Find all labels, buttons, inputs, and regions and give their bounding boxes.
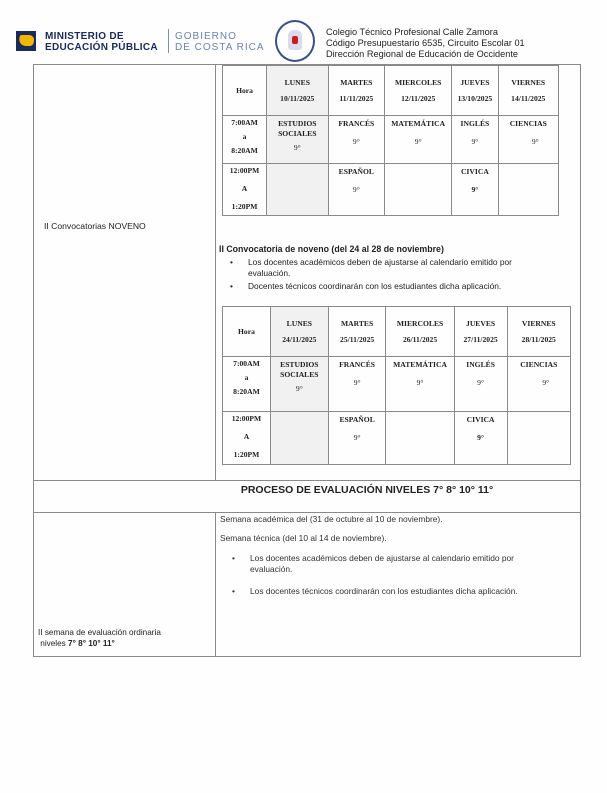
- label-line2: niveles 7° 8° 10° 11°: [38, 638, 161, 649]
- day-name: MIERCOLES: [397, 319, 443, 328]
- bullet-text-cont: evaluación.: [250, 564, 577, 575]
- label-line1: II semana de evaluación ordinaria: [38, 627, 161, 638]
- bullet-item: •Docentes técnicos coordinarán con los e…: [220, 281, 565, 292]
- subject-name: MATEMÁTICA: [386, 357, 453, 370]
- subject-cell: FRANCÉS9°: [328, 116, 385, 164]
- subject-cell: [385, 164, 452, 216]
- table-row: 12:00PMA1:20PMESPAÑOL9°CIVICA9°: [223, 164, 559, 216]
- government-name: GOBIERNO DE COSTA RICA: [175, 31, 265, 53]
- subject-cell: ESPAÑOL9°: [328, 412, 386, 465]
- subject-name: CIENCIAS: [508, 357, 570, 370]
- label-prefix: niveles: [38, 639, 68, 648]
- day-name: JUEVES: [466, 319, 495, 328]
- subject-name: ESTUDIOS SOCIALES: [271, 357, 328, 380]
- grade-level: 9°: [329, 137, 385, 147]
- section-label-ordinary: II semana de evaluación ordinaria nivele…: [38, 627, 161, 649]
- table-header-row: HoraLUNES24/11/2025MARTES25/11/2025MIERC…: [223, 307, 571, 357]
- time-text: 1:20PM: [223, 450, 270, 460]
- day-name: MARTES: [341, 319, 373, 328]
- subject-cell: INGLÉS9°: [452, 116, 498, 164]
- time-text: a: [223, 132, 266, 142]
- header-cell-lunes: LUNES10/11/2025: [267, 66, 328, 116]
- label-levels: 7° 8° 10° 11°: [68, 639, 115, 648]
- time-text: 12:00PM: [223, 414, 270, 424]
- day-name: Hora: [236, 86, 253, 95]
- day-name: JUEVES: [460, 78, 489, 87]
- header-divider: [168, 29, 169, 53]
- bullet-icon: •: [232, 553, 235, 564]
- subject-cell: CIVICA9°: [454, 412, 507, 465]
- note-bullets: •Los docentes académicos deben de ajusta…: [220, 257, 565, 292]
- subject-cell: CIENCIAS9°: [498, 116, 558, 164]
- table-header-row: HoraLUNES10/11/2025MARTES11/11/2025MIERC…: [223, 66, 559, 116]
- header-cell-hora: Hora: [223, 66, 267, 116]
- header-cell-miercoles: MIERCOLES26/11/2025: [386, 307, 454, 357]
- bullet-icon: •: [232, 586, 235, 597]
- row-divider: [33, 480, 581, 481]
- technical-week-text: Semana técnica (del 10 al 14 de noviembr…: [220, 533, 387, 543]
- bullet-text-cont: evaluación.: [248, 268, 565, 279]
- academic-week-text: Semana académica del (31 de octubre al 1…: [220, 514, 443, 524]
- grade-level: 9°: [455, 378, 507, 388]
- day-date: 25/11/2025: [329, 335, 386, 345]
- grade-level: 9°: [267, 143, 327, 153]
- bullet-text: Los docentes académicos deben de ajustar…: [248, 257, 565, 268]
- bullet-item: •Los docentes académicos deben de ajusta…: [220, 257, 565, 278]
- day-name: LUNES: [287, 319, 312, 328]
- time-text: a: [223, 373, 270, 383]
- day-name: Hora: [238, 327, 255, 336]
- subject-cell: INGLÉS9°: [454, 357, 507, 412]
- bullet-icon: •: [230, 281, 233, 292]
- day-date: 26/11/2025: [386, 335, 453, 345]
- subject-cell: FRANCÉS9°: [328, 357, 386, 412]
- grade-level: 9°: [329, 185, 385, 195]
- bullet-text: Los docentes académicos deben de ajustar…: [250, 553, 577, 564]
- evaluation-bullets: •Los docentes académicos deben de ajusta…: [222, 553, 577, 597]
- schedule-table-2: HoraLUNES24/11/2025MARTES25/11/2025MIERC…: [222, 306, 571, 465]
- time-text: A: [223, 184, 266, 194]
- government-line2: DE COSTA RICA: [175, 42, 265, 53]
- subject-cell: ESTUDIOS SOCIALES9°: [270, 357, 328, 412]
- time-text: 8:20AM: [223, 146, 266, 156]
- header-cell-martes: MARTES25/11/2025: [328, 307, 386, 357]
- subject-name: INGLÉS: [452, 116, 497, 129]
- subject-cell: [498, 164, 558, 216]
- day-name: MIERCOLES: [395, 78, 441, 87]
- letterhead: MINISTERIO DE EDUCACIÓN PÚBLICA GOBIERNO…: [0, 0, 607, 64]
- subject-name: CIVICA: [455, 412, 507, 425]
- time-text: A: [223, 432, 270, 442]
- bullet-icon: •: [230, 257, 233, 268]
- day-date: 28/11/2025: [508, 335, 570, 345]
- header-cell-lunes: LUNES24/11/2025: [270, 307, 328, 357]
- time-text: 12:00PM: [223, 166, 266, 176]
- subject-cell: CIVICA9°: [452, 164, 498, 216]
- header-cell-viernes: VIERNES14/11/2025: [498, 66, 558, 116]
- day-name: VIERNES: [511, 78, 545, 87]
- header-cell-miercoles: MIERCOLES12/11/2025: [385, 66, 452, 116]
- subject-cell: [270, 412, 328, 465]
- day-date: 24/11/2025: [271, 335, 328, 345]
- subject-name: FRANCÉS: [329, 357, 386, 370]
- grade-level: 9°: [329, 433, 386, 443]
- subject-cell: ESTUDIOS SOCIALES9°: [267, 116, 328, 164]
- day-date: 12/11/2025: [385, 94, 451, 104]
- time-cell: 12:00PMA1:20PM: [223, 164, 267, 216]
- ministry-line2: EDUCACIÓN PÚBLICA: [45, 42, 158, 53]
- ministry-name: MINISTERIO DE EDUCACIÓN PÚBLICA: [45, 31, 158, 53]
- header-cell-jueves: JUEVES13/10/2025: [452, 66, 498, 116]
- government-line1: GOBIERNO: [175, 31, 265, 42]
- subject-cell: [267, 164, 328, 216]
- table-row: 12:00PMA1:20PMESPAÑOL9°CIVICA9°: [223, 412, 571, 465]
- header-cell-hora: Hora: [223, 307, 271, 357]
- grade-level: 9°: [271, 384, 328, 394]
- grade-level: 9°: [452, 185, 497, 195]
- subject-name: INGLÉS: [455, 357, 507, 370]
- column-divider-bottom: [215, 512, 216, 657]
- subject-name: FRANCÉS: [329, 116, 385, 129]
- day-date: 14/11/2025: [499, 94, 558, 104]
- subject-cell: MATEMÁTICA9°: [385, 116, 452, 164]
- time-text: 1:20PM: [223, 202, 266, 212]
- time-cell: 12:00PMA1:20PM: [223, 412, 271, 465]
- bullet-text: Docentes técnicos coordinarán con los es…: [248, 281, 565, 292]
- header-cell-jueves: JUEVES27/11/2025: [454, 307, 507, 357]
- school-code: Código Presupuestario 6535, Circuito Esc…: [326, 38, 525, 49]
- grade-level: 9°: [452, 137, 497, 147]
- subject-name: ESPAÑOL: [329, 412, 386, 425]
- time-text: 7:00AM: [223, 359, 270, 369]
- subject-cell: MATEMÁTICA9°: [386, 357, 454, 412]
- day-date: 13/10/2025: [452, 94, 497, 104]
- header-cell-martes: MARTES11/11/2025: [328, 66, 385, 116]
- time-cell: 7:00AMa8:20AM: [223, 357, 271, 412]
- time-text: 8:20AM: [223, 387, 270, 397]
- school-crest-icon: [275, 20, 315, 62]
- grade-level: 9°: [499, 137, 558, 147]
- subject-cell: CIENCIAS9°: [507, 357, 570, 412]
- day-name: MARTES: [340, 78, 372, 87]
- costa-rica-map-logo-icon: [16, 31, 36, 51]
- school-info: Colegio Técnico Profesional Calle Zamora…: [326, 27, 525, 60]
- day-date: 11/11/2025: [329, 94, 385, 104]
- table-row: 7:00AMa8:20AMESTUDIOS SOCIALES9°FRANCÉS9…: [223, 116, 559, 164]
- section-label-noveno: II Convocatorias NOVENO: [44, 221, 146, 232]
- note-title: II Convocatoria de noveno (del 24 al 28 …: [219, 244, 444, 254]
- header-cell-viernes: VIERNES28/11/2025: [507, 307, 570, 357]
- subject-name: CIVICA: [452, 164, 497, 177]
- subject-cell: [386, 412, 454, 465]
- day-name: LUNES: [285, 78, 310, 87]
- bullet-item: •Los docentes técnicos coordinarán con l…: [222, 586, 577, 597]
- grade-level: 9°: [455, 433, 507, 443]
- subject-name: CIENCIAS: [499, 116, 558, 129]
- day-date: 27/11/2025: [455, 335, 507, 345]
- bullet-item: •Los docentes académicos deben de ajusta…: [222, 553, 577, 574]
- ministry-line1: MINISTERIO DE: [45, 31, 158, 42]
- school-region: Dirección Regional de Educación de Occid…: [326, 49, 525, 60]
- day-date: 10/11/2025: [267, 94, 327, 104]
- schedule-table-1: HoraLUNES10/11/2025MARTES11/11/2025MIERC…: [222, 65, 559, 216]
- school-name: Colegio Técnico Profesional Calle Zamora: [326, 27, 525, 38]
- subject-cell: [507, 412, 570, 465]
- grade-level: 9°: [329, 378, 386, 388]
- grade-level: 9°: [385, 137, 451, 147]
- grade-level: 9°: [508, 378, 570, 388]
- table-row: 7:00AMa8:20AMESTUDIOS SOCIALES9°FRANCÉS9…: [223, 357, 571, 412]
- section-title-text: PROCESO DE EVALUACIÓN NIVELES 7° 8° 10° …: [241, 484, 493, 496]
- subject-name: ESPAÑOL: [329, 164, 385, 177]
- bullet-text: Los docentes técnicos coordinarán con lo…: [250, 586, 577, 597]
- time-cell: 7:00AMa8:20AM: [223, 116, 267, 164]
- subject-cell: ESPAÑOL9°: [328, 164, 385, 216]
- section-title-evaluation: PROCESO DE EVALUACIÓN NIVELES 7° 8° 10° …: [33, 484, 581, 496]
- day-name: VIERNES: [522, 319, 556, 328]
- grade-level: 9°: [386, 378, 453, 388]
- subject-name: ESTUDIOS SOCIALES: [267, 116, 327, 139]
- row-divider: [33, 512, 581, 513]
- subject-name: MATEMÁTICA: [385, 116, 451, 129]
- column-divider-top: [215, 64, 216, 480]
- time-text: 7:00AM: [223, 118, 266, 128]
